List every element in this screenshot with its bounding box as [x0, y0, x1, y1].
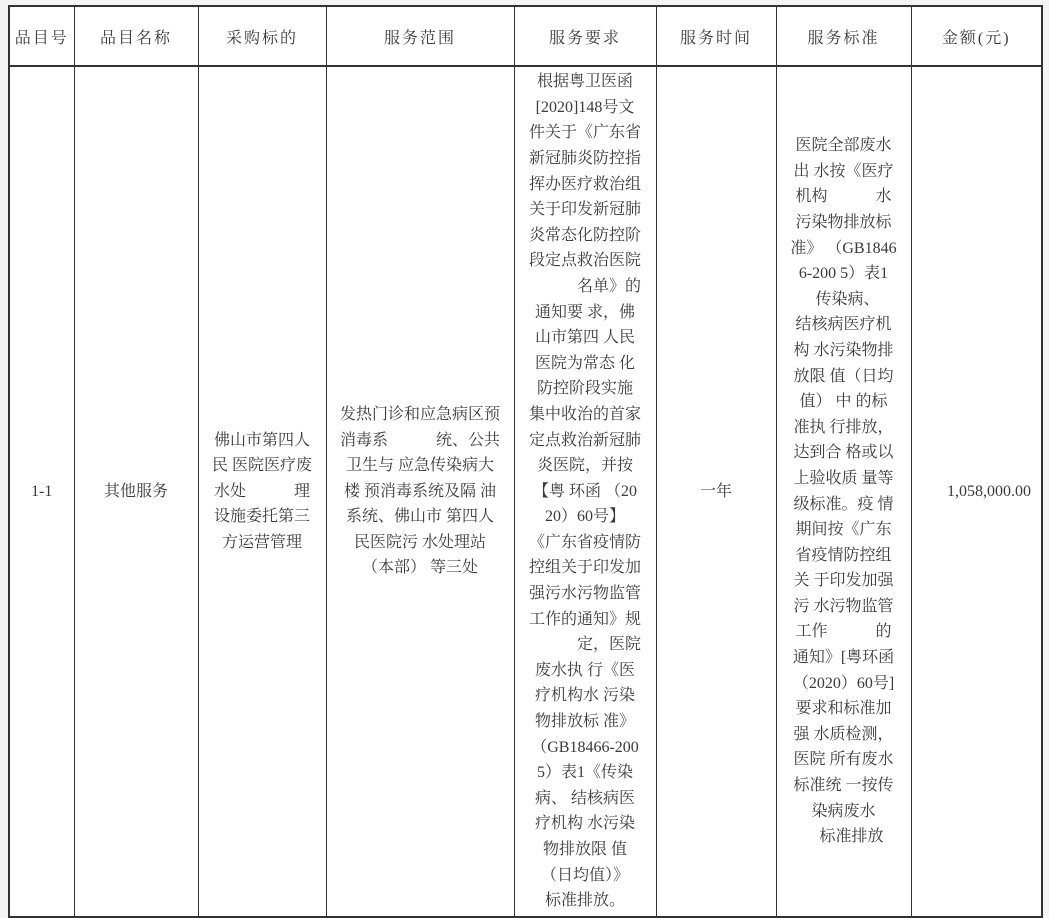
header-procurement-target: 采购标的: [198, 6, 326, 66]
cell-service-time: 一年: [656, 66, 776, 917]
header-service-standard: 服务标准: [776, 6, 911, 66]
cell-service-standard: 医院全部废水 出 水按《医疗 机构 水 污染物排放标 准》 （GB1846 6-…: [776, 66, 911, 917]
document-page: 品目号 品目名称 采购标的 服务范围 服务要求 服务时间 服务标准 金额(元) …: [0, 0, 1049, 918]
cell-item-no: 1-1: [9, 66, 74, 917]
cell-amount: 1,058,000.00: [911, 66, 1042, 917]
header-service-requirements: 服务要求: [514, 6, 656, 66]
cell-procurement-target: 佛山市第四人 民 医院医疗废 水处 理 设施委托第三 方运营管理: [198, 66, 326, 917]
procurement-items-table: 品目号 品目名称 采购标的 服务范围 服务要求 服务时间 服务标准 金额(元) …: [8, 5, 1043, 918]
header-service-time: 服务时间: [656, 6, 776, 66]
header-amount: 金额(元): [911, 6, 1042, 66]
header-service-scope: 服务范围: [326, 6, 514, 66]
cell-service-requirements: 根据粤卫医函 [2020]148号文 件关于《广东省 新冠肺炎防控指 挥办医疗救…: [514, 66, 656, 917]
table-header-row: 品目号 品目名称 采购标的 服务范围 服务要求 服务时间 服务标准 金额(元): [9, 6, 1042, 66]
header-item-name: 品目名称: [74, 6, 198, 66]
cell-service-scope: 发热门诊和应急病区预 消毒系 统、公共 卫生与 应急传染病大 楼 预消毒系统及隔…: [326, 66, 514, 917]
table-row: 1-1 其他服务 佛山市第四人 民 医院医疗废 水处 理 设施委托第三 方运营管…: [9, 66, 1042, 917]
cell-item-name: 其他服务: [74, 66, 198, 917]
header-item-no: 品目号: [9, 6, 74, 66]
